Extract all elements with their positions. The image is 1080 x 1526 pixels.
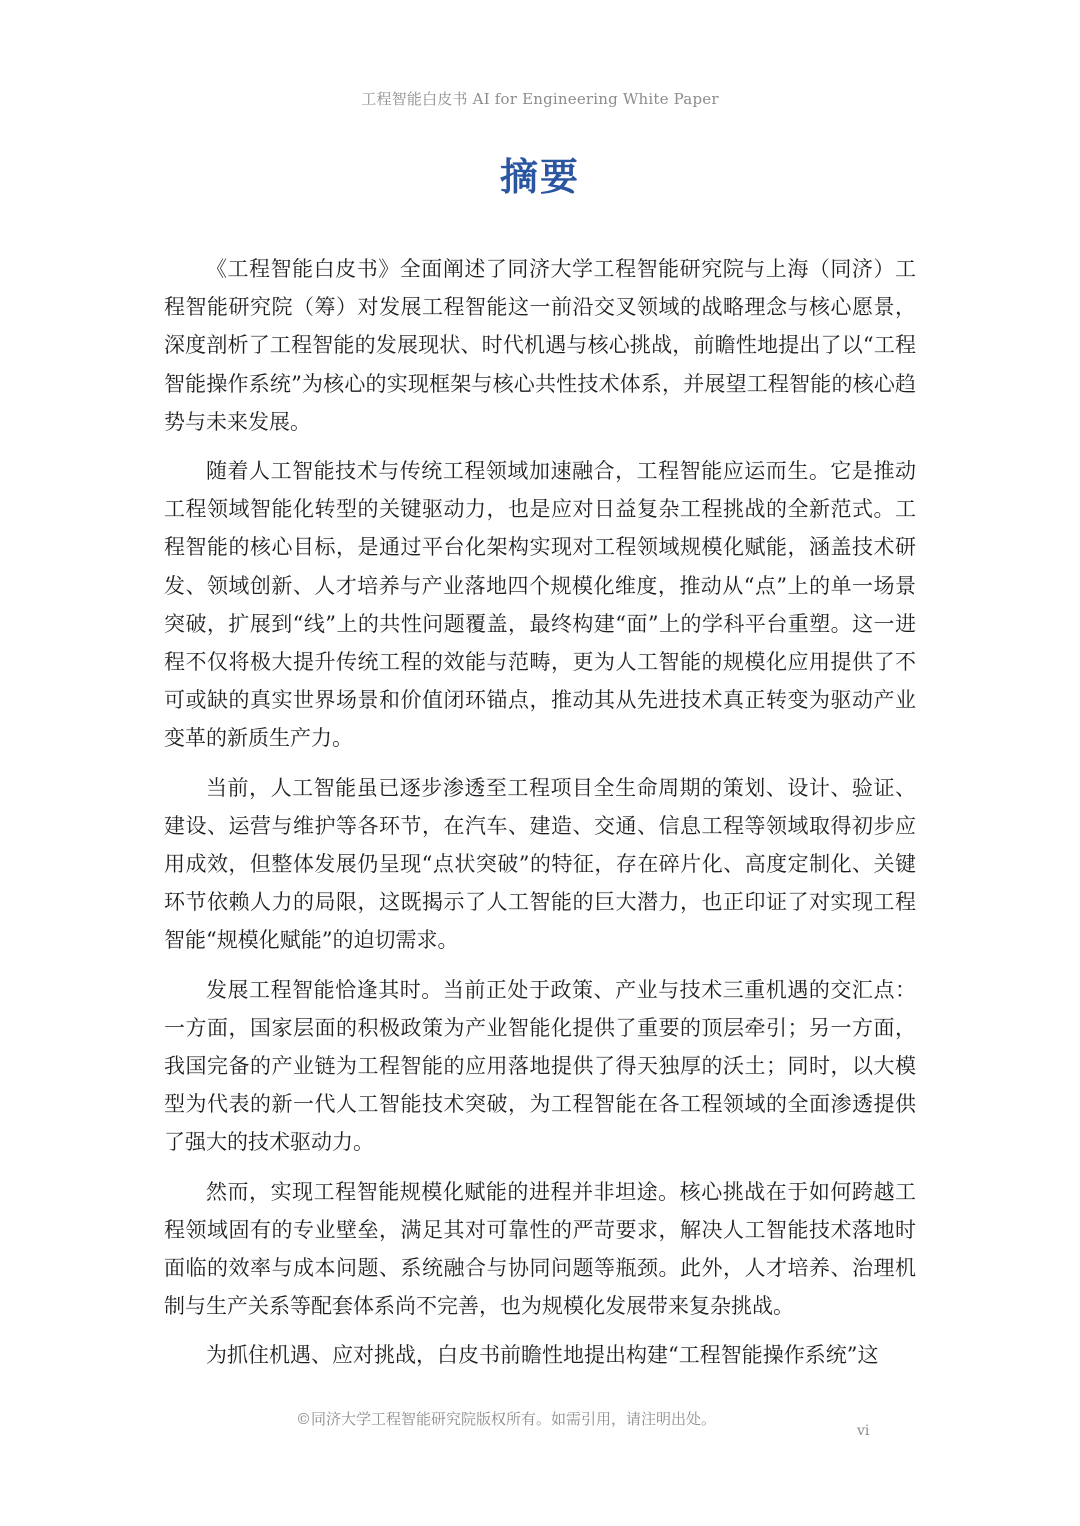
copyright-footer: ©同济大学工程智能研究院版权所有。如需引用，请注明出处。 [296,1408,716,1429]
running-header: 工程智能白皮书 AI for Engineering White Paper [0,88,1080,109]
paragraph-challenges: 然而，实现工程智能规模化赋能的进程并非坦途。核心挑战在于如何跨越工程领域固有的专… [164,1173,916,1326]
paragraph-definition: 随着人工智能技术与传统工程领域加速融合，工程智能应运而生。它是推动工程领域智能化… [164,452,916,758]
page-title: 摘要 [0,146,1080,201]
paragraph-overview: 《工程智能白皮书》全面阐述了同济大学工程智能研究院与上海（同济）工程智能研究院（… [164,250,916,441]
page-number: vi [857,1423,869,1439]
paragraph-proposal: 为抓住机遇、应对挑战，白皮书前瞻性地提出构建“工程智能操作系统”这 [164,1336,916,1374]
paragraph-current-status: 当前，人工智能虽已逐步渗透至工程项目全生命周期的策划、设计、验证、建设、运营与维… [164,769,916,960]
abstract-body: 《工程智能白皮书》全面阐述了同济大学工程智能研究院与上海（同济）工程智能研究院（… [164,250,916,1386]
paragraph-opportunities: 发展工程智能恰逢其时。当前正处于政策、产业与技术三重机遇的交汇点：一方面，国家层… [164,971,916,1162]
